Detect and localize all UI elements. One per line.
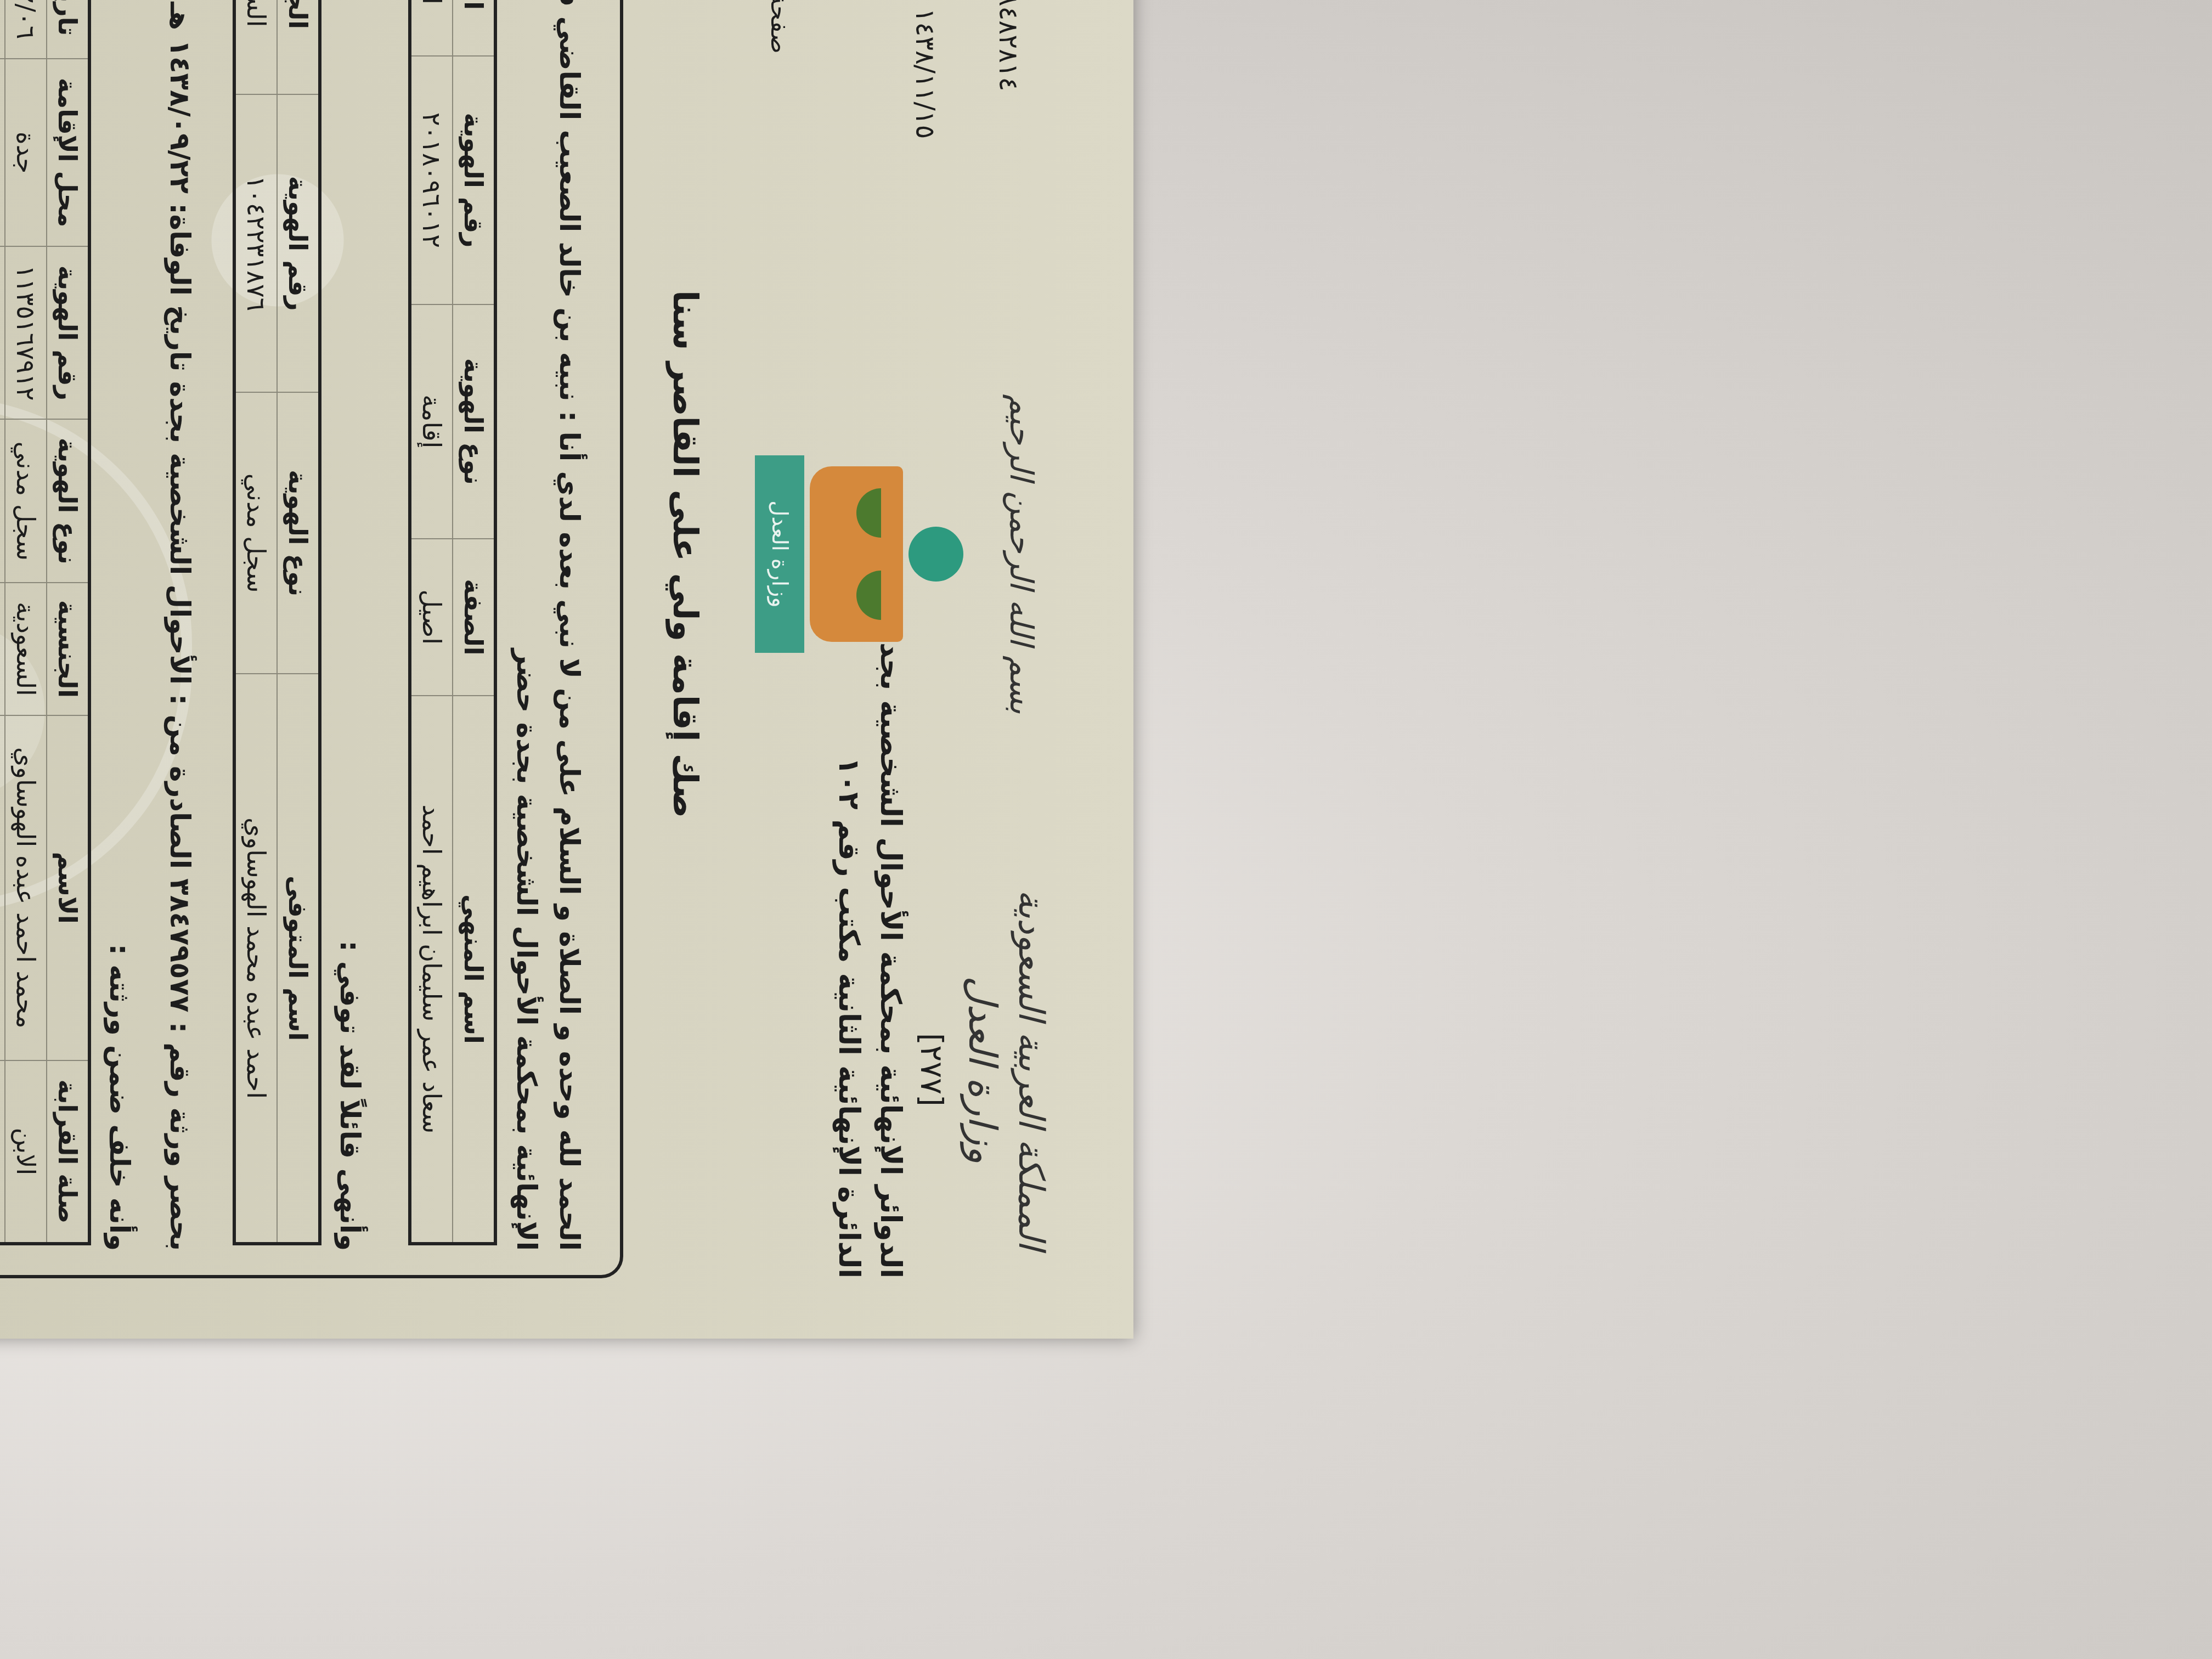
table-row: سعاد عمر سليمان ابراهيم احمد اصيل إقامة … xyxy=(410,0,453,1244)
table-header: اسم المتوفى xyxy=(277,674,320,1244)
table-header: رقم الهوية xyxy=(47,246,89,419)
deed-number-value: ٣٨٤٨٢٨١٤ xyxy=(962,0,1024,91)
heir-id-number: ١١٣٩٥٢٧٢٨٥ xyxy=(0,246,5,419)
page-title: صك إقامة ولي على القاصر سنا xyxy=(665,0,706,1339)
circuit-name: الدائرة الإنهائية الثانية مكتب رقم ١٠٢ xyxy=(832,861,865,1278)
heir-residence: جدة xyxy=(5,59,47,246)
heir-birth-date: ١٤٢٨/٠٨/١٣ هـ xyxy=(0,0,5,59)
table-header: الصفة xyxy=(453,539,495,696)
ministry-emblem-icon: وزارة العدل xyxy=(738,455,969,653)
court-deed-document: المملكة العربية السعودية وزارة العدل [٢٧… xyxy=(0,0,1133,1339)
emblem-band: وزارة العدل xyxy=(755,455,804,653)
heir-id-number: ١١٣٥١٦٧٩١٢ xyxy=(5,246,47,419)
table-header: نوع الهوية xyxy=(277,392,320,674)
table-header: رقم الهوية xyxy=(453,56,495,304)
deceased-nationality: السعودية xyxy=(234,0,277,94)
petitioner-id-type: إقامة xyxy=(410,304,453,539)
deceased-id-type: سجل مدني xyxy=(234,392,277,674)
deceased-id-number: ١٠٤٢٢٣١٨٧٦ xyxy=(234,94,277,392)
heir-nationality: السعودية xyxy=(0,583,5,715)
table-header: محل الإقامة xyxy=(47,59,89,246)
heirs-table: صلة القرابة الاسم الجنسية نوع الهوية رقم… xyxy=(0,0,91,1245)
table-header: نوع الهوية xyxy=(47,419,89,583)
petitioner-nationality: السودان xyxy=(410,0,453,56)
code-badge: [٢٧٧] xyxy=(913,861,949,1278)
palm-icon xyxy=(909,527,963,582)
heir-id-type: سجل مدني xyxy=(0,419,5,583)
table-header: الجنسية xyxy=(277,0,320,94)
petitioner-table: اسم المنهي الصفة نوع الهوية رقم الهوية ا… xyxy=(408,0,497,1245)
heir-nationality: السعودية xyxy=(5,583,47,715)
heir-birth-date: ١٤٢٧/٠٢/٠٦ هـ xyxy=(5,0,47,59)
table-header: تاريخ الميلاد xyxy=(47,0,89,59)
court-name: الدوائر الإنهائية بمحكمة الأحوال الشخصية… xyxy=(874,861,907,1278)
table-row: الابن محمد احمد عبده الهوساوي السعودية س… xyxy=(5,0,47,1244)
table-header: الجنسية xyxy=(453,0,495,56)
page-number: صفحة ١ من ٢ xyxy=(765,0,793,54)
table-header: صلة القرابة xyxy=(47,1060,89,1244)
table-header: الاسم xyxy=(47,715,89,1060)
inheritance-line: بحصر ورثة رقم : ٣٨٤٧٩٥٧٧ الصادرة من : ال… xyxy=(159,0,201,1251)
book-icon xyxy=(810,466,903,642)
heir-id-type: سجل مدني xyxy=(5,419,47,583)
petitioner-id-number: ٢٠١٨٠٩٦٠١٢ xyxy=(410,56,453,304)
deceased-intro: وأنهى قائلاً لقد توفي : xyxy=(329,0,371,1251)
deed-meta: ٣٨٤٨٢٨١٤ رقم الصك ١٤٣٨/١١/١٥ هـ التاريخ xyxy=(888,0,1024,139)
table-row: الابنة عائشة احمد عبده الهوساوي السعودية… xyxy=(0,0,5,1244)
deceased-name: احمد عبده محمد الهوساوي xyxy=(234,674,277,1244)
table-header: نوع الهوية xyxy=(453,304,495,539)
deceased-table: اسم المتوفى نوع الهوية رقم الهوية الجنسي… xyxy=(233,0,321,1245)
heir-name: عائشة احمد عبده الهوساوي xyxy=(0,715,5,1060)
petitioner-name: سعاد عمر سليمان ابراهيم احمد xyxy=(410,696,453,1244)
table-row: احمد عبده محمد الهوساوي سجل مدني ١٠٤٢٢٣١… xyxy=(234,0,277,1244)
heir-name: محمد احمد عبده الهوساوي xyxy=(5,715,47,1060)
heir-residence: جدة xyxy=(0,59,5,246)
intro-paragraph: الحمد لله وحده و الصلاة و السلام على من … xyxy=(505,0,590,1251)
deed-date-value: ١٤٣٨/١١/١٥ هـ xyxy=(910,0,940,139)
heir-relation: الابن xyxy=(5,1060,47,1244)
heir-relation: الابنة xyxy=(0,1060,5,1244)
table-header: اسم المنهي xyxy=(453,696,495,1244)
heirs-intro: وأنه خلف ضمن ورثته : xyxy=(98,0,141,1251)
kingdom-title: المملكة العربية السعودية xyxy=(1011,861,1051,1278)
table-header: الجنسية xyxy=(47,583,89,715)
basmala: بسم الله الرحمن الرحيم xyxy=(1003,394,1040,714)
ministry-title: وزارة العدل xyxy=(960,861,1005,1278)
petitioner-capacity: اصيل xyxy=(410,539,453,696)
table-header: رقم الهوية xyxy=(277,94,320,392)
document-header: المملكة العربية السعودية وزارة العدل [٢٧… xyxy=(832,861,1051,1278)
